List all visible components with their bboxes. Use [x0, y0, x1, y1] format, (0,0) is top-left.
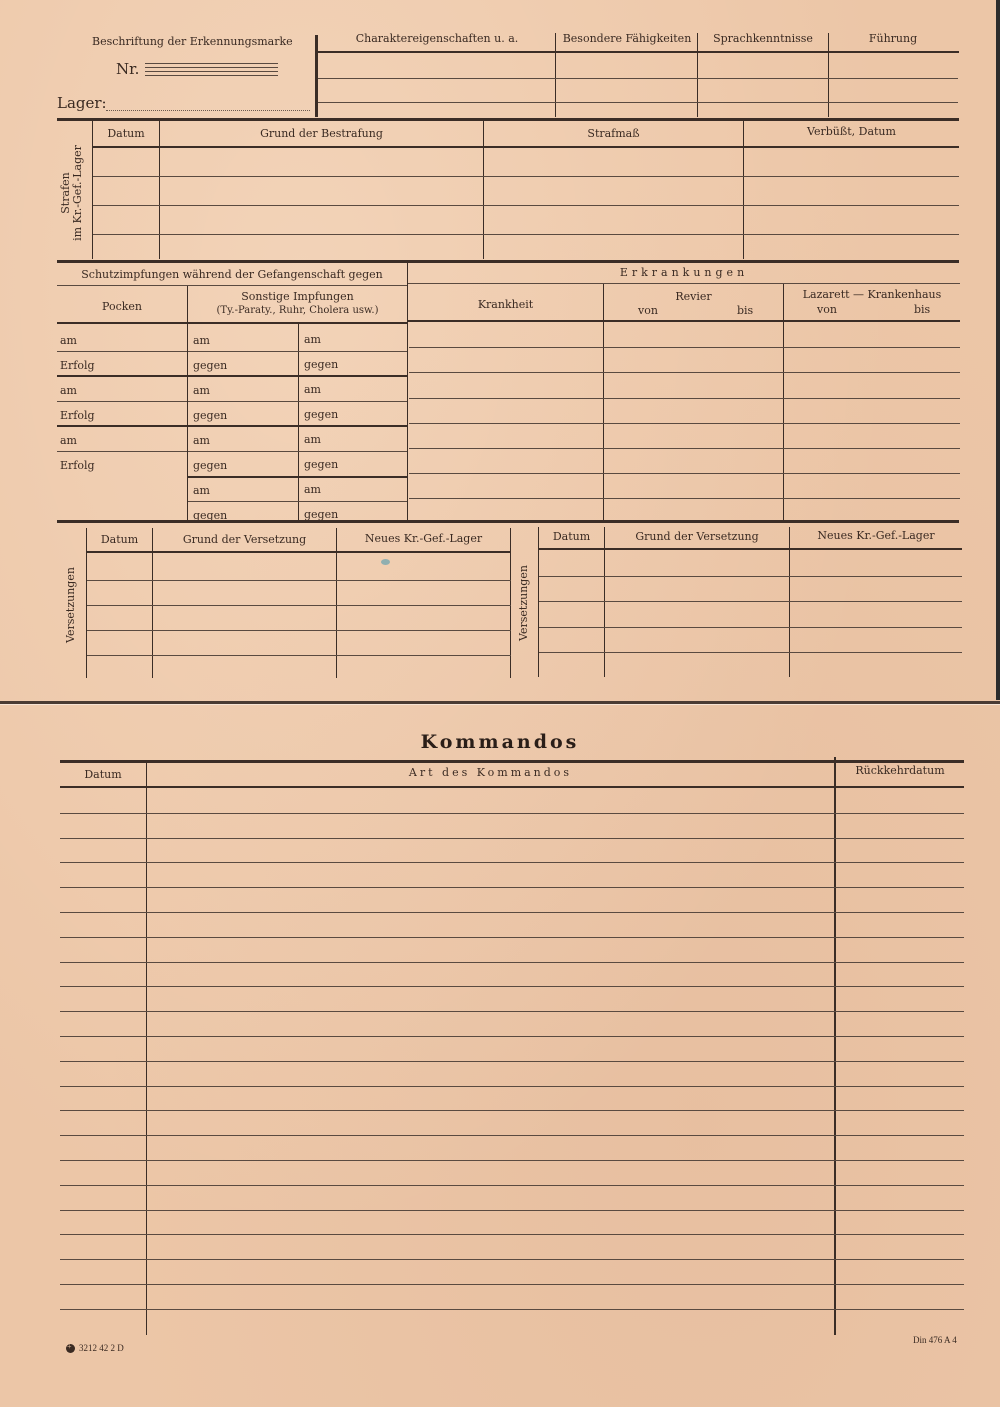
page-fold	[0, 701, 1000, 705]
kommandos-grid[interactable]	[60, 788, 964, 1335]
print-code: 3212 42 2 D	[66, 1343, 124, 1353]
sonstige-gegen: gegen	[193, 409, 227, 422]
kommandos-col-rueckkehr: Rückkehrdatum	[836, 764, 964, 777]
revier-bis: bis	[737, 304, 753, 317]
ink-spot	[381, 559, 390, 565]
sonstige-gegen: gegen	[304, 458, 338, 471]
form-paper: Beschriftung der Erkennungsmarke Nr. Lag…	[0, 0, 1000, 1407]
versetzungen-right-grid[interactable]	[539, 550, 962, 677]
versetzungen-side-label-left: Versetzungen	[65, 560, 79, 650]
impfungen-col-pocken: Pocken	[57, 300, 187, 313]
nr-label: Nr.	[116, 60, 139, 78]
page-edge	[996, 0, 1000, 700]
col-faehigkeiten: Besondere Fähigkeiten	[556, 32, 698, 45]
sonstige-gegen: gegen	[304, 408, 338, 421]
erkrankungen-grid[interactable]	[409, 322, 960, 520]
sonstige-am: am	[193, 484, 210, 497]
charakter-grid[interactable]	[318, 53, 958, 117]
impfungen-title: Schutzimpfungen während der Gefangenscha…	[57, 268, 407, 281]
versetzungen-left-grid[interactable]	[87, 553, 511, 678]
versetzungen-left-col-datum: Datum	[87, 533, 152, 546]
erkrankungen-title: Erkrankungen	[408, 266, 960, 279]
versetzungen-left-col-lager: Neues Kr.-Gef.-Lager	[337, 532, 510, 545]
lazarett-bis: bis	[914, 303, 930, 316]
sonstige-am: am	[193, 334, 210, 347]
kommandos-title: Kommandos	[0, 731, 1000, 753]
versetzungen-left-col-grund: Grund der Versetzung	[153, 533, 336, 546]
col-charakter: Charaktereigenschaften u. a.	[318, 32, 556, 45]
strafen-col-verbuesst: Verbüßt, Datum	[744, 125, 959, 138]
impfungen-col-sonstige: Sonstige Impfungen	[188, 290, 407, 303]
strafen-side-label: Strafen im Kr.-Gef.-Lager	[60, 138, 90, 248]
sonstige-am: am	[304, 383, 321, 396]
sonstige-am: am	[193, 384, 210, 397]
lager-label: Lager:	[57, 94, 107, 112]
lazarett-von: von	[817, 303, 837, 316]
col-sprachkenntnisse: Sprachkenntnisse	[698, 32, 828, 45]
erkrankungen-col-revier: Revier	[604, 290, 783, 303]
sonstige-gegen: gegen	[193, 359, 227, 372]
printer-mark-icon	[66, 1344, 75, 1353]
revier-von: von	[638, 304, 658, 317]
pocken-am-3: am	[60, 434, 77, 447]
nr-field[interactable]	[145, 61, 278, 77]
pocken-erfolg-1: Erfolg	[60, 359, 95, 372]
sonstige-am: am	[304, 433, 321, 446]
versetzungen-side-label-right: Versetzungen	[518, 558, 532, 648]
pocken-am-2: am	[60, 384, 77, 397]
pocken-erfolg-3: Erfolg	[60, 459, 95, 472]
sonstige-am: am	[304, 333, 321, 346]
sonstige-am: am	[304, 483, 321, 496]
sonstige-gegen: gegen	[193, 459, 227, 472]
strafen-col-grund: Grund der Bestrafung	[160, 127, 483, 140]
kommandos-col-datum: Datum	[60, 768, 146, 781]
pocken-am-1: am	[60, 334, 77, 347]
lager-field[interactable]	[106, 96, 310, 111]
strafen-col-strafmass: Strafmaß	[484, 127, 743, 140]
din-label: Din 476 A 4	[913, 1335, 957, 1345]
kommandos-col-art: Art des Kommandos	[147, 766, 834, 779]
versetzungen-right-col-lager: Neues Kr.-Gef.-Lager	[790, 529, 962, 542]
strafen-col-datum: Datum	[93, 127, 159, 140]
sonstige-am: am	[193, 434, 210, 447]
col-fuehrung: Führung	[828, 32, 958, 45]
versetzungen-right-col-grund: Grund der Versetzung	[605, 530, 789, 543]
impfungen-col-sonstige-sub: (Ty.-Paraty., Ruhr, Cholera usw.)	[188, 305, 407, 316]
versetzungen-right-col-datum: Datum	[539, 530, 604, 543]
sonstige-gegen: gegen	[304, 358, 338, 371]
erkrankungen-col-lazarett: Lazarett — Krankenhaus	[784, 288, 960, 301]
pocken-erfolg-2: Erfolg	[60, 409, 95, 422]
erkennungsmarke-label: Beschriftung der Erkennungsmarke	[92, 35, 293, 48]
erkrankungen-col-krankheit: Krankheit	[408, 298, 603, 311]
strafen-grid[interactable]	[93, 148, 959, 258]
